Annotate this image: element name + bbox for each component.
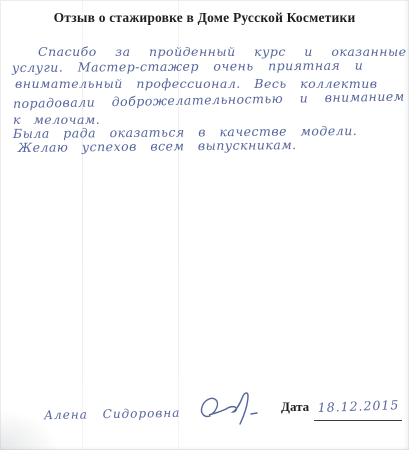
handwritten-line: услуги. Мастер-стажер очень приятная и xyxy=(12,58,363,75)
signature-name: Алена Сидоровна xyxy=(44,406,181,422)
document-title: Отзыв о стажировке в Доме Русской Космет… xyxy=(0,10,409,26)
signature-flourish xyxy=(196,390,260,428)
date-value: 18.12.2015 xyxy=(317,397,399,415)
handwritten-line: внимательный профессионал. Весь коллекти… xyxy=(15,76,378,91)
scan-shadow-right-edge xyxy=(403,0,409,450)
scan-shadow-bottom-edge xyxy=(0,446,409,450)
date-label: Дата xyxy=(281,399,309,415)
handwritten-line: Желаю успехов всем выпускникам. xyxy=(18,137,297,155)
handwritten-line: порадовали доброжелательностью и внимани… xyxy=(13,88,405,111)
scanned-review-page: Отзыв о стажировке в Доме Русской Космет… xyxy=(0,0,409,450)
date-underline: 18.12.2015 xyxy=(314,399,402,421)
